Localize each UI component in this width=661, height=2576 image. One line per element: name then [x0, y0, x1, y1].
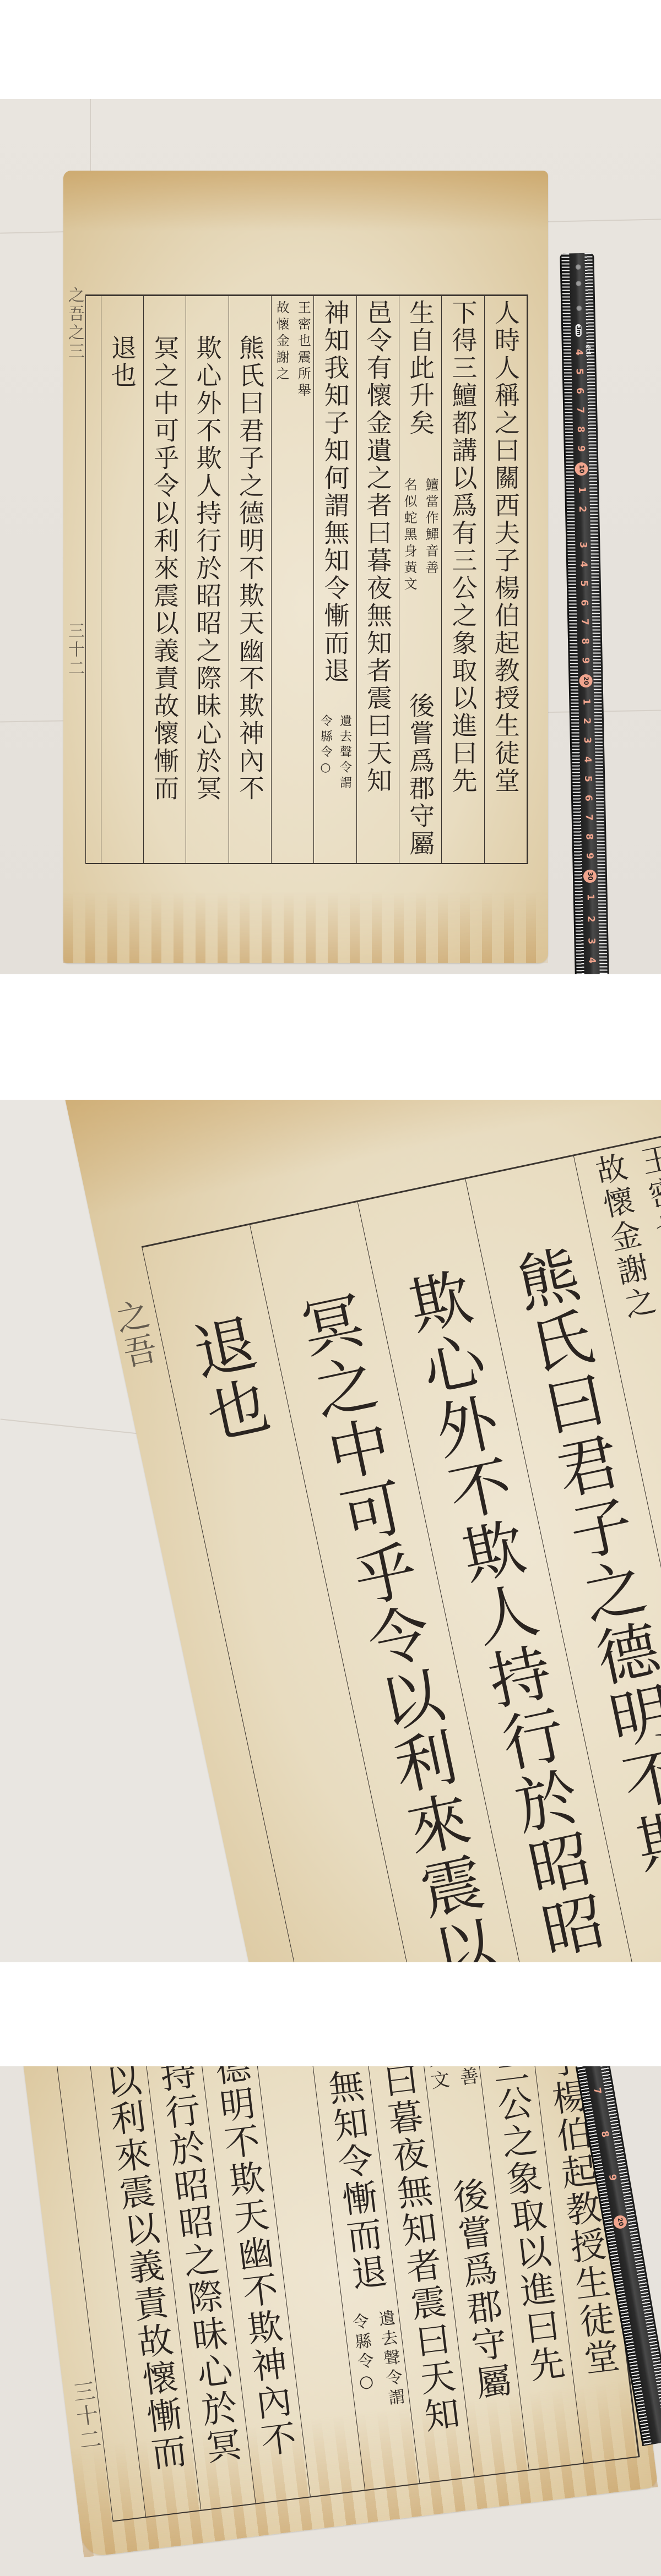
folio-number: 三十二	[62, 622, 86, 678]
text-column: 生自此升矣 鱣當作鱓音善 名似蛇黑身黃文 後嘗爲郡守屬	[399, 296, 441, 863]
text-column: 王密也震所舉 故懷金謝之	[271, 296, 313, 863]
text-column: 欺心外不欺人持行於昭昭之際昧心於冥	[186, 296, 228, 863]
interlinear-commentary: 鱣當作鱓音善 名似蛇黑身黃文	[399, 478, 441, 593]
text-columns: 邑令有懷金遺之者曰暮夜 神知我知子知何謂無知令 王密也震所舉 故懷金謝之 熊氏曰…	[142, 1100, 661, 1962]
text-column: 邑令有懷金遺之者曰暮夜無知者震曰天知	[356, 296, 399, 863]
water-stain	[63, 892, 548, 963]
interlinear-commentary: 遺去聲令謂 令縣令○	[314, 714, 356, 792]
book-page: 之吾之三 三十二 人時人稱之曰關西夫子楊伯起教授生徒堂 下得三鱣都講以爲有三公之…	[63, 171, 548, 963]
text-column	[86, 296, 101, 863]
text-frame: 邑令有懷金遺之者曰暮夜 神知我知子知何謂無知令 王密也震所舉 故懷金謝之 熊氏曰…	[142, 1100, 661, 1962]
tape-brand: deli	[584, 345, 592, 357]
tape-badge-10: 10	[575, 462, 588, 476]
text-column: 冥之中可乎令以利來震以義責故懷慚而	[143, 296, 186, 863]
tape-badge-20: 20	[613, 2214, 628, 2230]
text-columns: 人時人稱之曰關西夫子楊伯起教授生徒堂 下得三鱣都講以爲有三公之象取以進曰先 生自…	[86, 296, 527, 863]
photo-panel-closeup-upper: 之吾 邑令有懷金遺之者曰暮夜 神知我知子知何謂無知令 王密也震所舉 故懷金謝之 …	[0, 1100, 661, 1962]
tape-measure: 3m deli 4 5 6 7 8 9 10 1 2 3 4 5 6 7 8 9…	[560, 253, 609, 974]
photo-panel-closeup-lower: 三十二 西夫子楊伯起教授生徒堂 爲有三公之象取以進曰先 或作鱓音善 蛇黑身黃文 …	[0, 2066, 661, 2576]
text-frame: 人時人稱之曰關西夫子楊伯起教授生徒堂 下得三鱣都講以爲有三公之象取以進曰先 生自…	[85, 294, 528, 864]
text-frame: 西夫子楊伯起教授生徒堂 爲有三公之象取以進曰先 或作鱓音善 蛇黑身黃文 後嘗爲郡…	[48, 2066, 640, 2522]
text-column: 下得三鱣都講以爲有三公之象取以進曰先	[441, 296, 484, 863]
text-column: 退也	[101, 296, 143, 863]
text-columns: 西夫子楊伯起教授生徒堂 爲有三公之象取以進曰先 或作鱓音善 蛇黑身黃文 後嘗爲郡…	[49, 2066, 638, 2520]
interlinear-commentary: 王密也震所舉 故懷金謝之	[272, 301, 313, 400]
book-page: 之吾 邑令有懷金遺之者曰暮夜 神知我知子知何謂無知令 王密也震所舉 故懷金謝之 …	[61, 1100, 661, 1962]
tape-badge-20: 20	[579, 674, 592, 687]
tape-badge-30: 30	[583, 870, 597, 883]
photo-panel-full-page: 之吾之三 三十二 人時人稱之曰關西夫子楊伯起教授生徒堂 下得三鱣都講以爲有三公之…	[0, 99, 661, 974]
text-column: 人時人稱之曰關西夫子楊伯起教授生徒堂	[484, 296, 527, 863]
text-column: 熊氏曰君子之德明不欺天幽不欺神內不	[229, 296, 271, 863]
text-column: 神知我知子知何謂無知令慚而退 遺去聲令謂 令縣令○	[313, 296, 356, 863]
book-page: 三十二 西夫子楊伯起教授生徒堂 爲有三公之象取以進曰先 或作鱓音善 蛇黑身黃文 …	[15, 2066, 658, 2557]
fold-margin-title: 之吾之三	[62, 286, 86, 361]
water-stain	[63, 171, 548, 231]
tape-capacity-label: 3m	[575, 324, 581, 337]
